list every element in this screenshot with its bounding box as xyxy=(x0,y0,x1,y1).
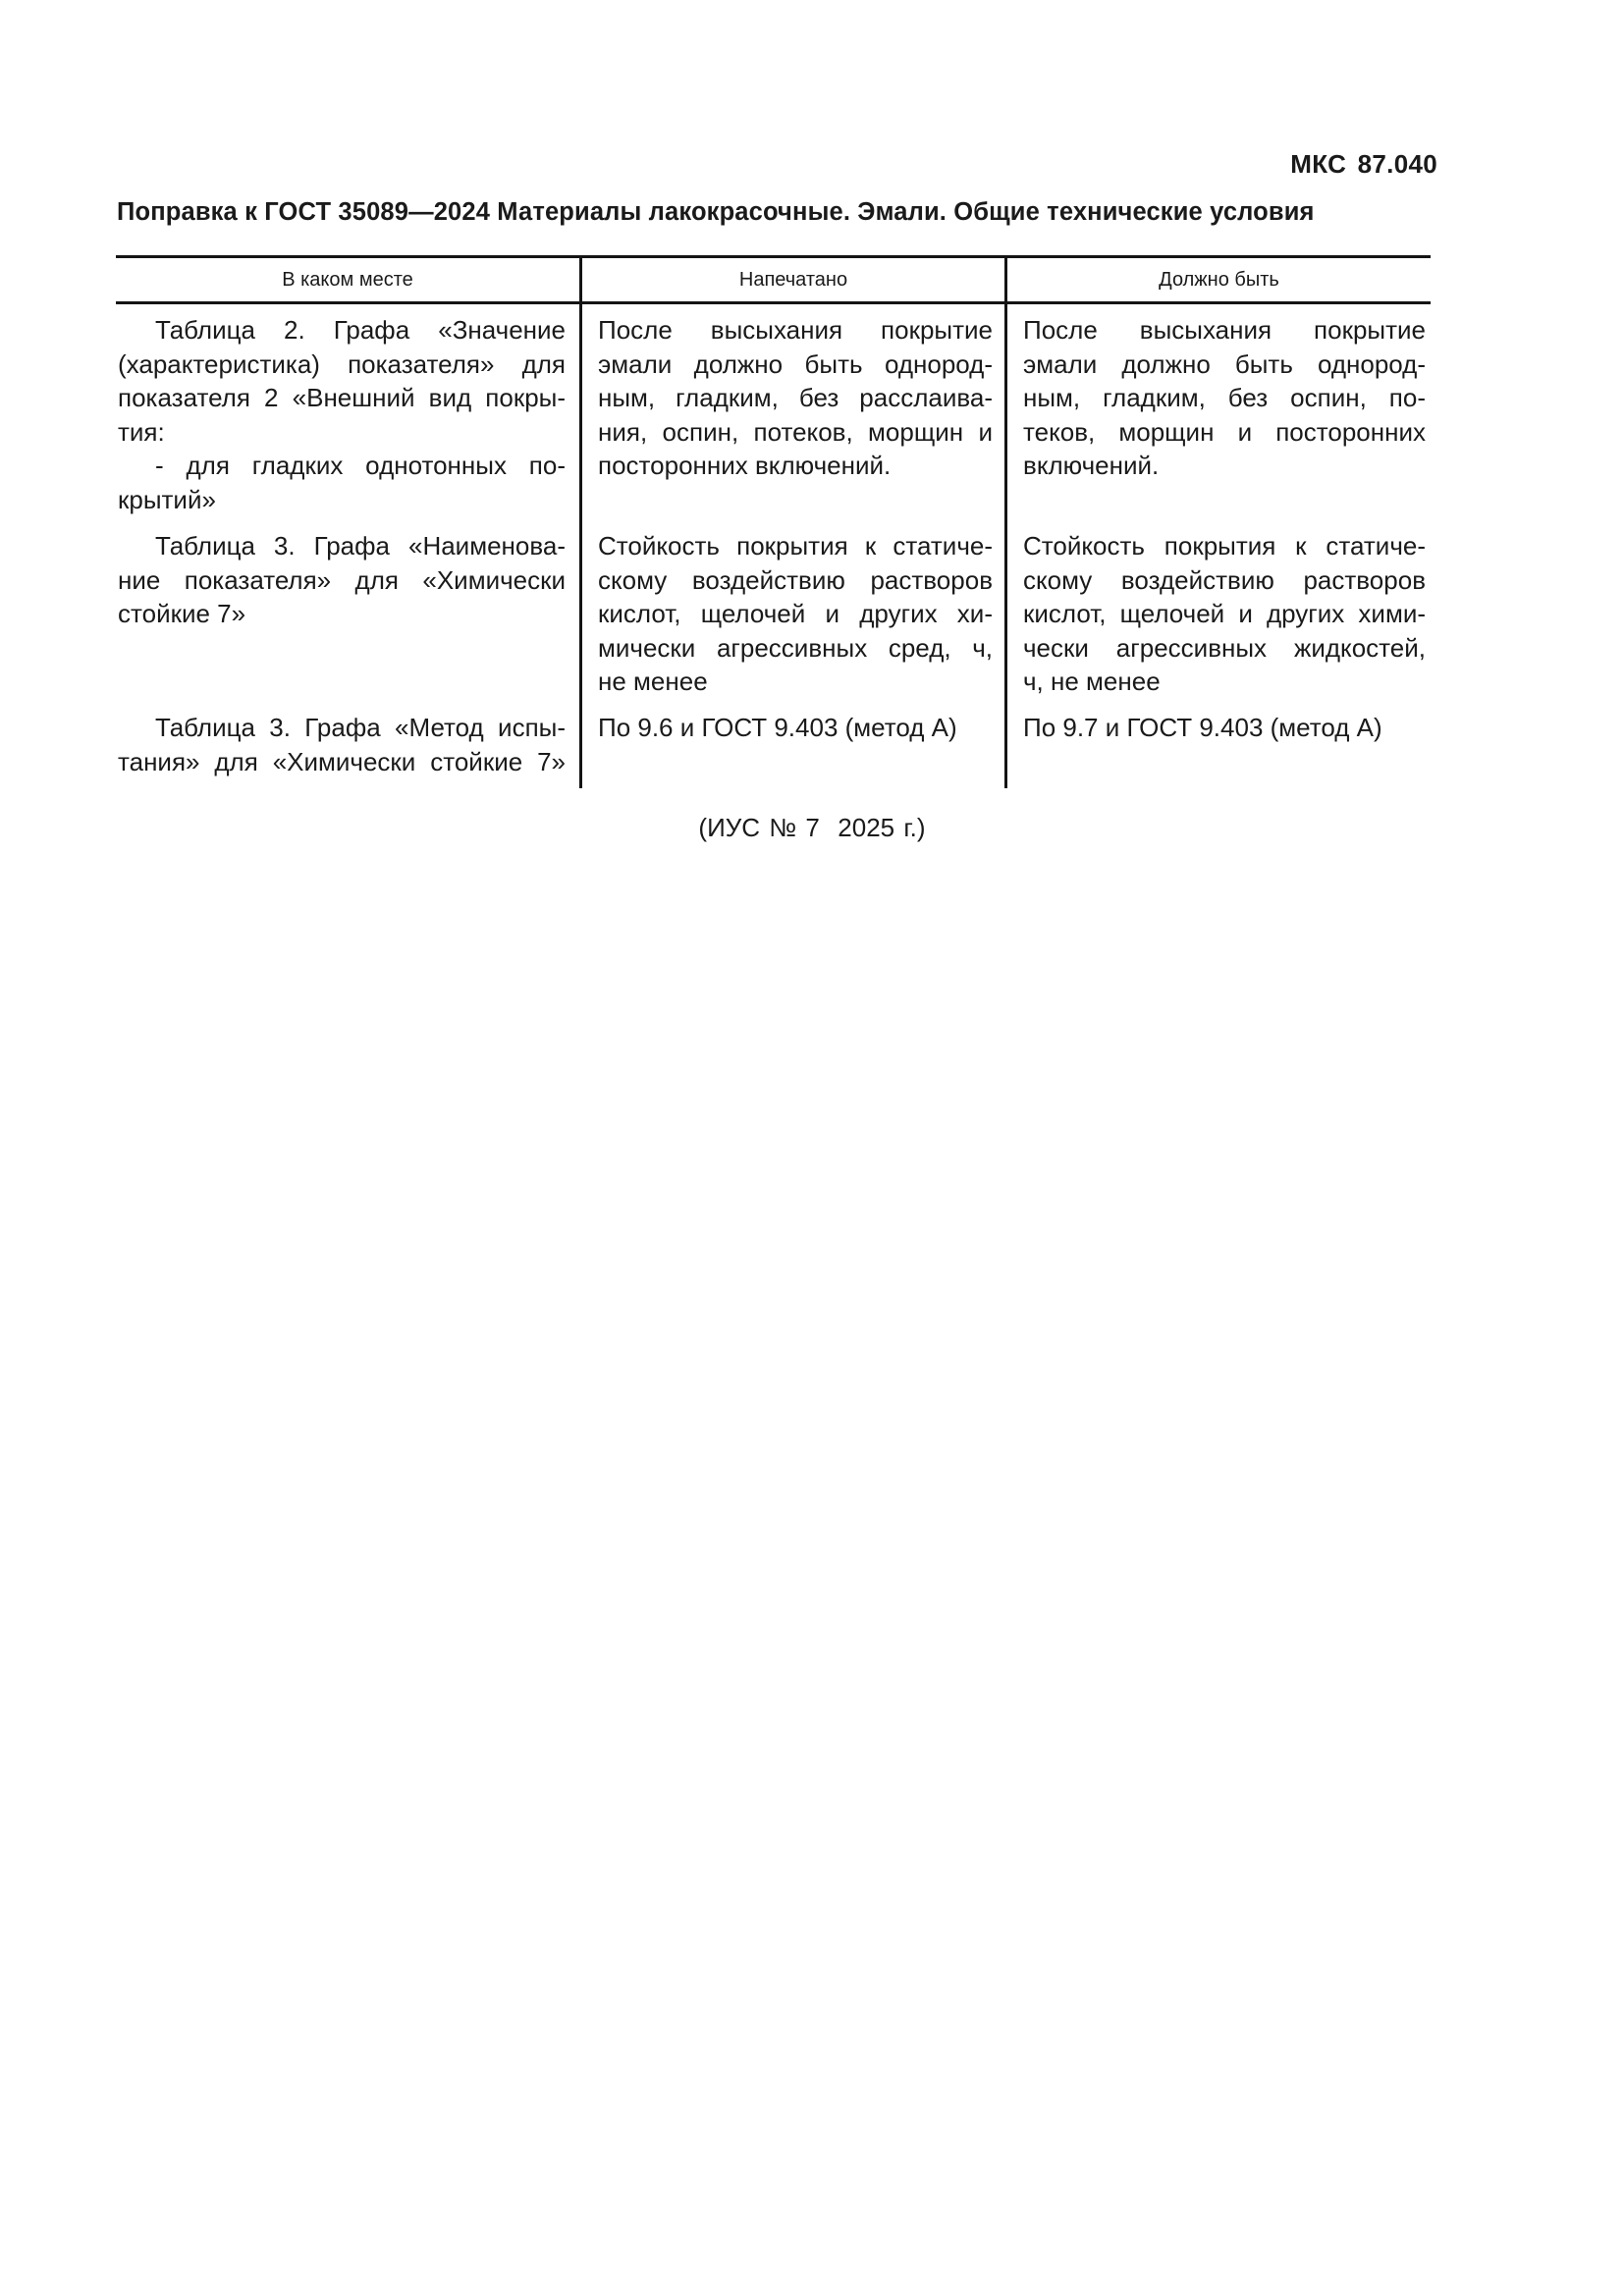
text-line: По 9.6 и ГОСТ 9.403 (метод А) xyxy=(598,711,993,745)
classification-code: МКС 87.040 xyxy=(1290,149,1437,180)
text-line: Таблица 2. Графа «Значение xyxy=(118,313,566,347)
text-line: крытий» xyxy=(118,483,566,517)
row-2-location: Таблица 3. Графа «Наименова- ние показат… xyxy=(118,529,566,631)
footer-note-text: (ИУС № 7 2025 г.) xyxy=(698,813,925,842)
table-header-rule xyxy=(116,301,1431,304)
text-line: После высыхания покрытие xyxy=(598,313,993,347)
row-2-printed: Стойкость покрытия к статиче- скому возд… xyxy=(598,529,993,699)
column-divider-1 xyxy=(579,255,582,788)
text-line: ч, не менее xyxy=(1023,665,1426,699)
text-line: тания» для «Химически стойкие 7» xyxy=(118,745,566,779)
row-3-should-be: По 9.7 и ГОСТ 9.403 (метод А) xyxy=(1023,711,1426,745)
text-line: (характеристика) показателя» для xyxy=(118,347,566,382)
footer-note: (ИУС № 7 2025 г.) xyxy=(0,813,1624,843)
header-location: В каком месте xyxy=(116,258,579,301)
text-line: Таблица 3. Графа «Метод испы- xyxy=(118,711,566,745)
header-should-be: Должно быть xyxy=(1007,258,1431,301)
text-line: Стойкость покрытия к статиче- xyxy=(1023,529,1426,563)
text-line: тия: xyxy=(118,415,566,450)
text-line: показателя 2 «Внешний вид покры- xyxy=(118,381,566,415)
text-line: не менее xyxy=(598,665,993,699)
text-line: эмали должно быть однород- xyxy=(1023,347,1426,382)
text-line: После высыхания покрытие xyxy=(1023,313,1426,347)
text-line: посторонних включений. xyxy=(598,449,993,483)
row-1-printed: После высыхания покрытие эмали должно бы… xyxy=(598,313,993,483)
header-printed: Напечатано xyxy=(582,258,1004,301)
row-1-location: Таблица 2. Графа «Значение (характеристи… xyxy=(118,313,566,516)
row-3-printed: По 9.6 и ГОСТ 9.403 (метод А) xyxy=(598,711,993,745)
text-line: Стойкость покрытия к статиче- xyxy=(598,529,993,563)
text-line: ным, гладким, без расслаива- xyxy=(598,381,993,415)
text-line: теков, морщин и посторонних xyxy=(1023,415,1426,450)
column-divider-2 xyxy=(1004,255,1007,788)
text-line: эмали должно быть однород- xyxy=(598,347,993,382)
text-line: ния, оспин, потеков, морщин и xyxy=(598,415,993,450)
text-line: Таблица 3. Графа «Наименова- xyxy=(118,529,566,563)
text-line: скому воздействию растворов xyxy=(598,563,993,598)
text-line: включений. xyxy=(1023,449,1426,483)
text-line: По 9.7 и ГОСТ 9.403 (метод А) xyxy=(1023,711,1426,745)
text-line: кислот, щелочей и других хи- xyxy=(598,597,993,631)
text-line: скому воздействию растворов xyxy=(1023,563,1426,598)
row-1-should-be: После высыхания покрытие эмали должно бы… xyxy=(1023,313,1426,483)
document-title: Поправка к ГОСТ 35089—2024 Материалы лак… xyxy=(117,198,1315,227)
row-2-should-be: Стойкость покрытия к статиче- скому возд… xyxy=(1023,529,1426,699)
text-line: мически агрессивных сред, ч, xyxy=(598,631,993,666)
row-3-location: Таблица 3. Графа «Метод испы- тания» для… xyxy=(118,711,566,778)
text-line: стойкие 7» xyxy=(118,597,566,631)
text-line: - для гладких однотонных по- xyxy=(118,449,566,483)
text-line: кислот, щелочей и других хими- xyxy=(1023,597,1426,631)
text-line: ным, гладким, без оспин, по- xyxy=(1023,381,1426,415)
text-line: ние показателя» для «Химически xyxy=(118,563,566,598)
text-line: чески агрессивных жидкостей, xyxy=(1023,631,1426,666)
